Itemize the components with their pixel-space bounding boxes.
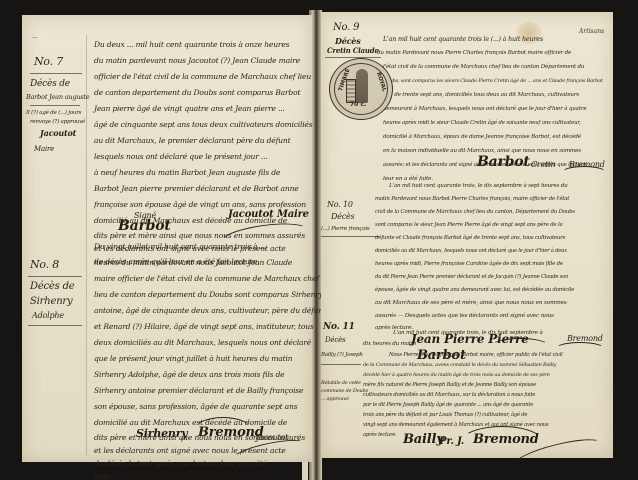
margin-title-8: Décès de [30, 281, 74, 292]
signature-cretin: Cretin [531, 160, 555, 169]
body-line: âgé de trente sept ans, domiciliés tous … [383, 88, 603, 102]
body-line: L'an mil huit cent quarante trois le (..… [383, 32, 603, 46]
left-page: ... No. 7 Décès de Barbot Jean auguste I… [22, 15, 312, 462]
entry-10-body: L'an mil huit cent quarante trois, le di… [375, 180, 575, 334]
body-line: au dit Marchaux de ses père et mère, ain… [375, 297, 575, 310]
body-line: maire officier de l'état civil de la com… [94, 271, 326, 287]
body-line: son épouse, sans profession, âgée de qua… [94, 399, 326, 415]
body-line: L'an mil huit cent quarante trois, le di… [393, 328, 562, 338]
royal-tax-stamp: TIMBRE ROYAL 70 c. [329, 58, 393, 120]
margin-name-8: Sirhenry [30, 296, 72, 307]
body-line: faite. [94, 470, 326, 480]
body-line: deux domiciliés au dit Marchaux, lesquel… [94, 335, 326, 351]
body-line: civil de la Commune de Marchaux chef lie… [375, 206, 575, 219]
entry-number-7: No. 7 [34, 55, 63, 68]
margin-name-8b: Adolphe [32, 311, 64, 320]
margin-name-11: Bailly (?) Joseph [321, 352, 363, 358]
margin-title-7: Décès de [30, 79, 70, 89]
body-line: heures après midi le sieur Claude Cretin… [383, 116, 603, 130]
body-line: officier de l'état civil de la commune d… [94, 69, 312, 85]
body-line: à neuf heures du matin Barbot Jean augus… [94, 165, 312, 181]
body-line: Nous Pierre Charles françois Barbot mair… [389, 350, 562, 360]
body-line: demeurant à Marchaux, lesquels nous ont … [383, 102, 603, 116]
body-line: matin Pardevant nous Barbot Pierre Charl… [375, 193, 575, 206]
body-line: L'an mil huit cent quarante trois, le di… [389, 180, 575, 193]
body-line: Doubs, sont comparus les sieurs Claude P… [383, 74, 603, 88]
body-line: de décès le tout après que lecture leur … [94, 457, 326, 470]
body-line: antoine, âgé de cinquante deux ans, cult… [94, 303, 326, 319]
body-line: Barbot Jean pierre premier déclarant et … [94, 181, 312, 197]
body-line: lieu de canton departement du Doubs sont… [94, 287, 326, 303]
body-line: vingt sept ans demeurant également à Mar… [363, 420, 562, 430]
body-line: de la Commune de Marchaux, avons constat… [363, 360, 562, 370]
body-line: heures après midi, Pierre françoise Caro… [375, 258, 575, 271]
body-line: de canton departement du Doubs sont comp… [94, 85, 312, 101]
margin-divider [321, 364, 361, 365]
margin-title-9: Décès [335, 36, 361, 46]
body-line: Du deux ... mil huit cent quarante trois… [94, 37, 312, 53]
body-line: l'état civil de la commune de Marchaux c… [383, 60, 603, 74]
signature-sirhenry: Sirhenry [136, 427, 188, 440]
body-line: du matin pardevant nous Jacoutot (?) Jea… [94, 53, 312, 69]
body-line: et Renard (?) Hilaire, âgé de vingt sept… [94, 319, 326, 335]
margin-note-11c: ... approuvé [321, 396, 349, 402]
margin-note-7b: renvoye (?) approuvé [30, 119, 85, 125]
entry-number-10: No. 10 [327, 200, 353, 209]
signature-barbot: Barbot [477, 154, 530, 170]
margin-name-9: Cretin Claude [327, 46, 379, 55]
body-line: dix heures du matin [363, 338, 562, 350]
body-line: cultivateurs domiciliés au dit Marchaux,… [363, 390, 562, 400]
signature-maire: Jacoutot Maire [228, 209, 309, 220]
body-line: domicilié à Marchaux, époux de dame Jean… [383, 130, 603, 144]
stamp-column-icon [346, 79, 356, 103]
body-line: défunte et Claude françois Barbot âgé de… [375, 232, 575, 245]
body-line: assurés — Desquels actes que les déclara… [375, 310, 575, 323]
margin-name-7: Barbot Jean auguste [26, 93, 90, 101]
signature-flourish [192, 417, 254, 447]
margin-divider [30, 105, 80, 106]
margin-divider [30, 73, 82, 74]
body-line: Du vingt juillet mil huit cent quarante … [94, 239, 326, 255]
signature-bailly: Bailly [403, 432, 444, 447]
stamp-figure-icon [356, 69, 368, 103]
body-line: heures du matin pardevant nous Jacoutot … [94, 255, 326, 271]
body-line: du dit Pierre Jean Pierre premier déclar… [375, 271, 575, 284]
margin-divider [321, 236, 379, 237]
body-line: au dit Marchaux, le premier déclarant pè… [94, 133, 312, 149]
body-line: Jean pierre âgé de vingt quatre ans et J… [94, 101, 312, 117]
entry-number-11: No. 11 [323, 322, 355, 332]
margin-name-10: (...) Pierre françois [321, 226, 370, 232]
margin-title-10: Décès [331, 212, 354, 221]
margin-divider [28, 276, 82, 277]
top-mark: ... [32, 33, 38, 40]
body-line: trois ans père du défunt et par Louis Th… [363, 410, 562, 420]
signature-barbot: Barbot [118, 218, 171, 234]
body-line: Sirhenry Adolphe, âgé de deux ans trois … [94, 367, 326, 383]
entry-11-body: L'an mil huit cent quarante trois, le di… [363, 328, 562, 440]
margin-title-11: Décès [325, 336, 345, 344]
body-line: âgé de cinquante sept ans tous deux cult… [94, 117, 312, 133]
entry-number-9: No. 9 [333, 22, 359, 33]
stamp-value: 70 c. [350, 101, 366, 108]
margin-note-11b: commune de Doubs [321, 388, 368, 394]
body-line: sont comparus le sieur Jean Pierre Pierr… [375, 219, 575, 232]
body-line: que le présent jour vingt juillet à huit… [94, 351, 326, 367]
entry-number-8: No. 8 [30, 258, 59, 271]
margin-role-7: Maire [34, 145, 54, 153]
margin-note-7a: Il (?) agé de (...) jours [26, 110, 81, 116]
body-line: épouse, âgée de vingt quatre ans demeura… [375, 284, 575, 297]
body-line: du matin Pardevant nous Pierre Charles f… [377, 46, 603, 60]
margin-signature-7: Jacoutot [40, 128, 76, 138]
body-line: mère fils naturel de Pierre Joseph Baill… [363, 380, 562, 390]
margin-divider [28, 325, 82, 326]
signature-flourish [555, 342, 605, 356]
margin-note-11a: Rétablie de cette [321, 380, 361, 386]
body-line: décédé hier à quatre heures du matin âgé… [363, 370, 562, 380]
signature-flourish [561, 166, 607, 180]
body-line: lesquels nous ont déclaré que le présent… [94, 149, 312, 165]
body-line: par le dit Pierre Joseph Bailly âgé de q… [363, 400, 562, 410]
body-line: domiciliés au dit Marchaux, lesquels nou… [375, 245, 575, 258]
body-line: Sirhenry antoine premier déclarant et de… [94, 383, 326, 399]
